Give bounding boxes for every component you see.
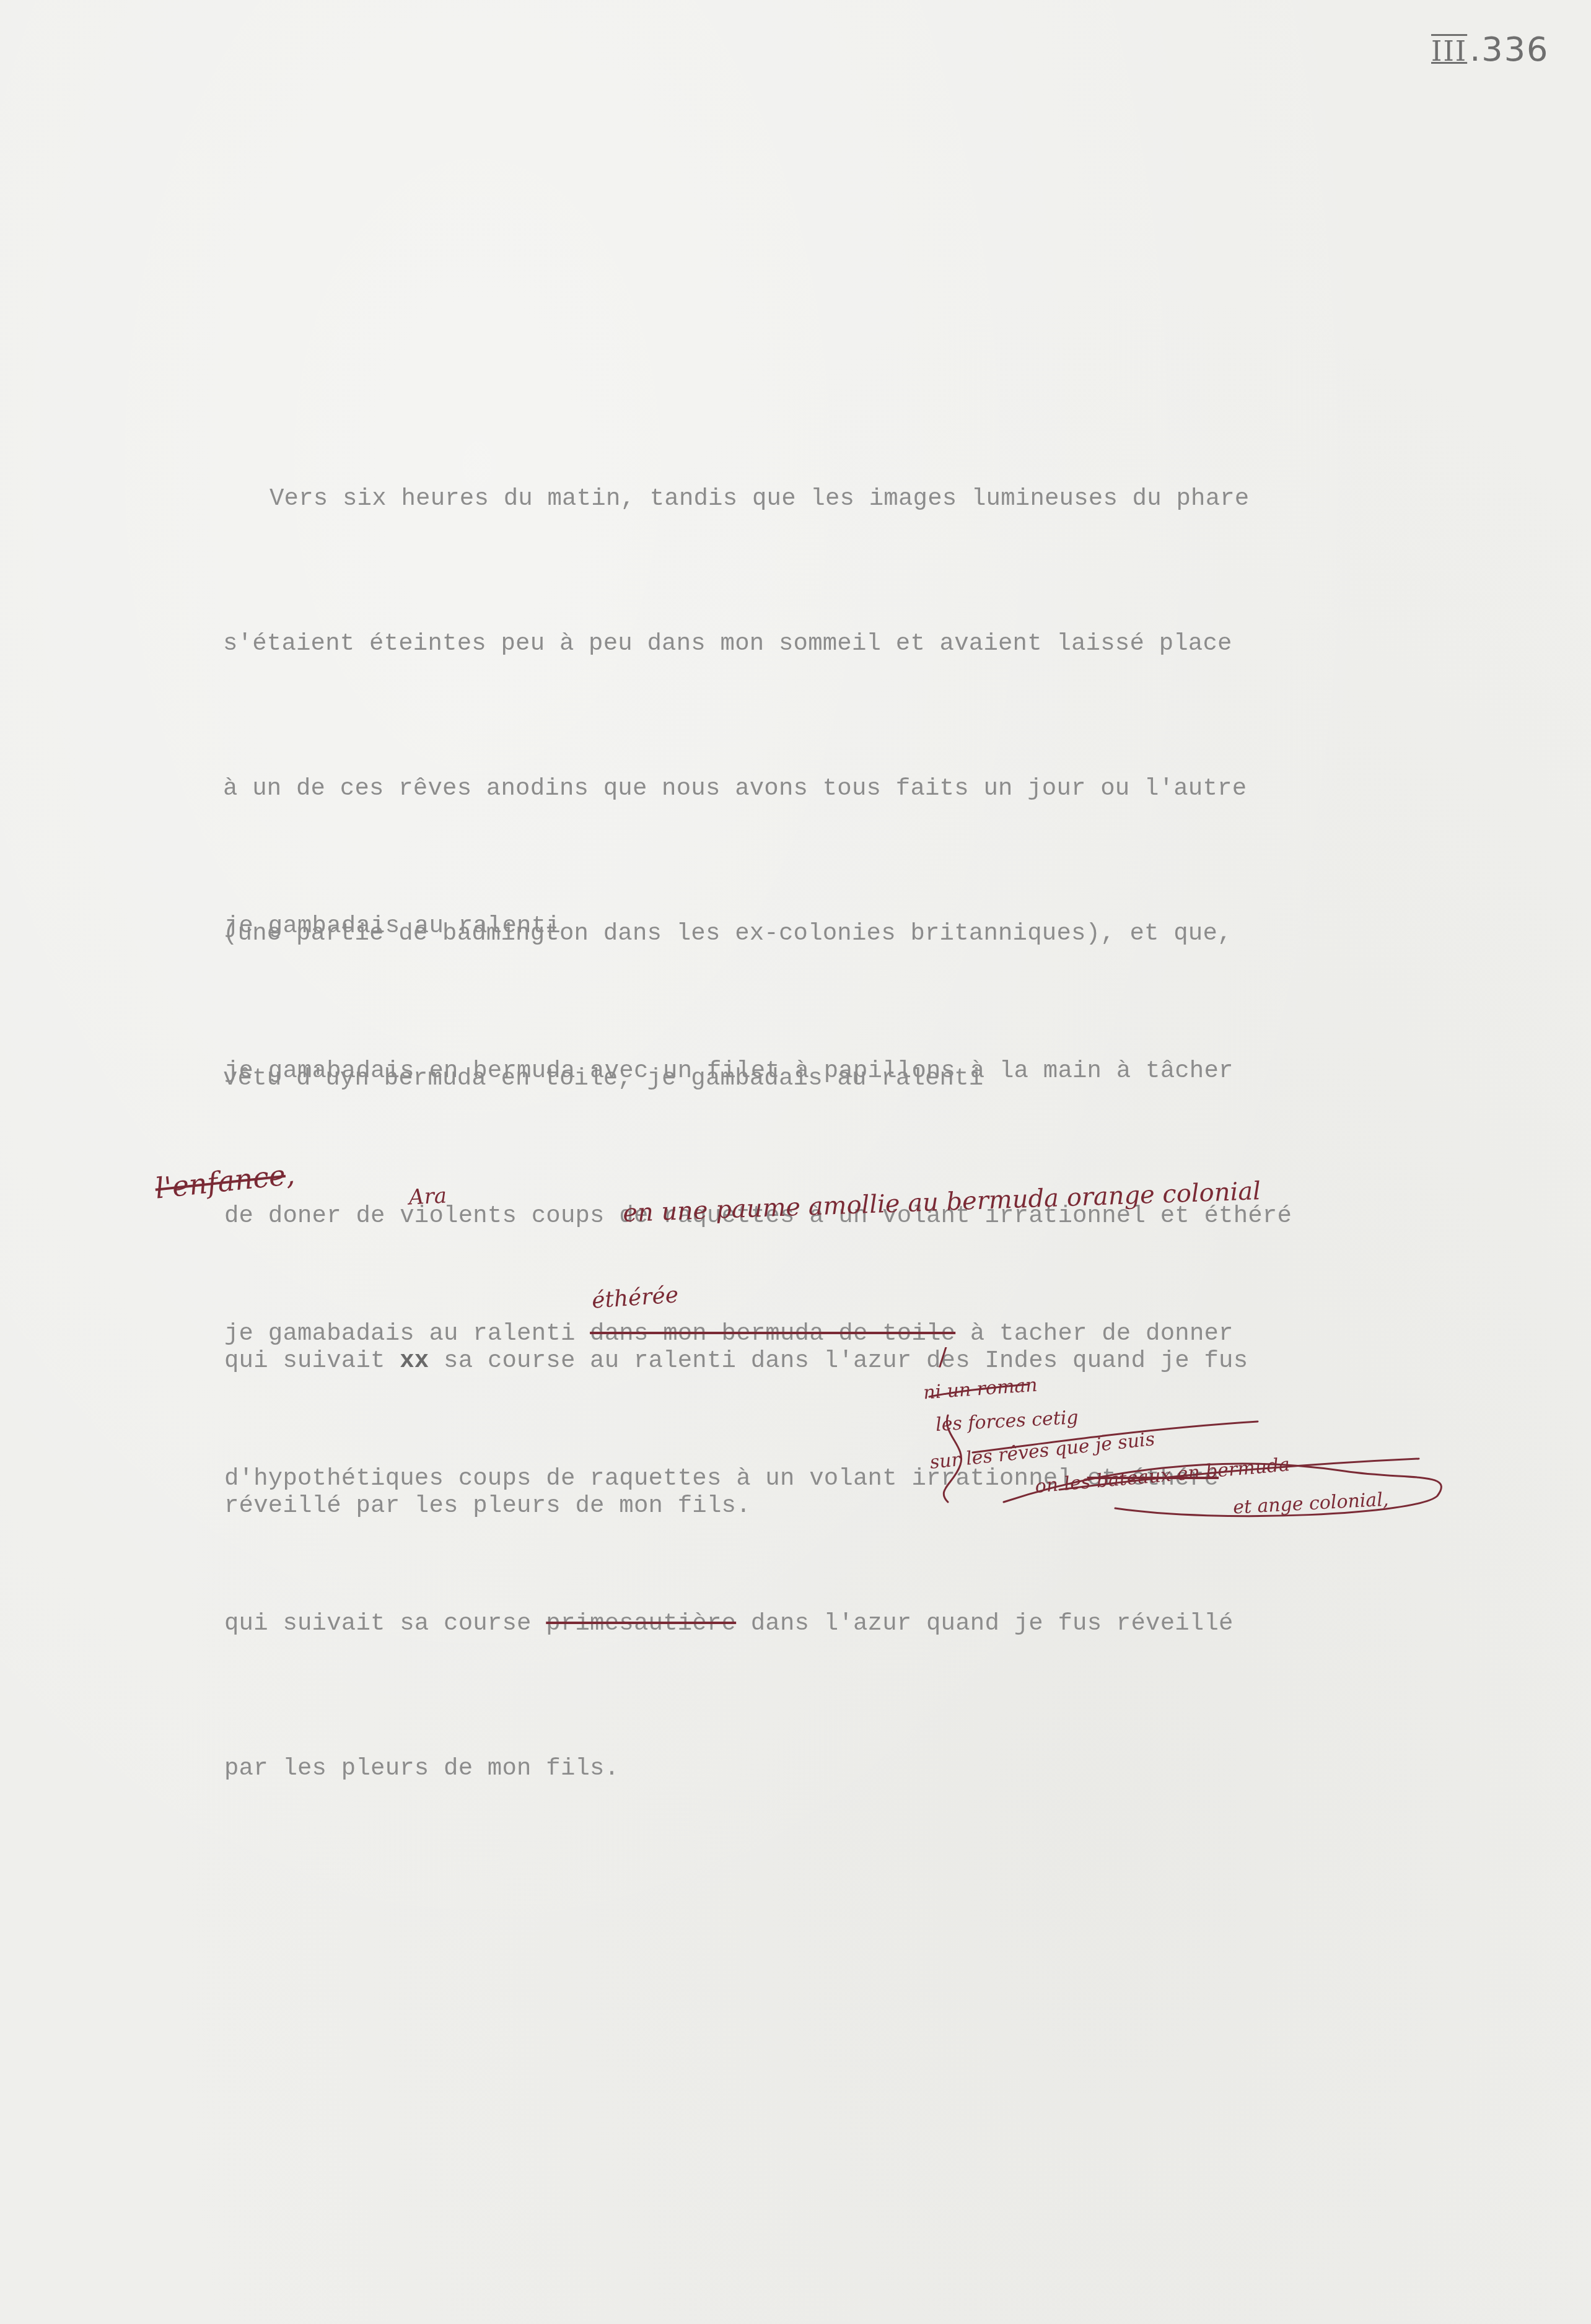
typed-line: qui suivait sa course primesautière dans… bbox=[224, 1599, 1234, 1648]
typed-text: à tacher de donner bbox=[955, 1320, 1233, 1347]
handwritten-note-cluster: ni un roman les forces cetig sur les rêv… bbox=[911, 1378, 1481, 1527]
struck-text: dans mon bermuda de toile bbox=[590, 1320, 955, 1347]
manuscript-page: III.336 Vers six heures du matin, tandis… bbox=[0, 0, 1591, 2324]
page-number-roman: III bbox=[1431, 36, 1467, 68]
typed-line: je gamabadais en bermuda avec un filet à… bbox=[224, 1047, 1292, 1095]
page-number-value: 336 bbox=[1481, 30, 1549, 69]
typed-text: je gamabadais au ralenti bbox=[224, 1320, 590, 1347]
page-number: III.336 bbox=[1431, 30, 1549, 69]
typed-paragraph-3: je gamabadais au ralenti dans mon bermud… bbox=[224, 1213, 1234, 1889]
page-number-separator: . bbox=[1470, 30, 1481, 69]
typed-line: je gamabadais au ralenti dans mon bermud… bbox=[224, 1309, 1234, 1358]
handwritten-insertion-mark: / bbox=[939, 1343, 947, 1371]
typed-line: par les pleurs de mon fils. bbox=[224, 1744, 1234, 1793]
typed-text: qui suivait sa course bbox=[224, 1610, 546, 1637]
handwritten-small-note: Ara bbox=[408, 1183, 447, 1210]
typed-line: Vers six heures du matin, tandis que les… bbox=[223, 474, 1249, 523]
struck-text: primesautière bbox=[546, 1610, 736, 1637]
typed-line: s'étaient éteintes peu à peu dans mon so… bbox=[223, 619, 1249, 668]
typed-text: dans l'azur quand je fus réveillé bbox=[736, 1610, 1234, 1637]
typed-line: je gambadais au ralenti bbox=[224, 902, 1292, 950]
